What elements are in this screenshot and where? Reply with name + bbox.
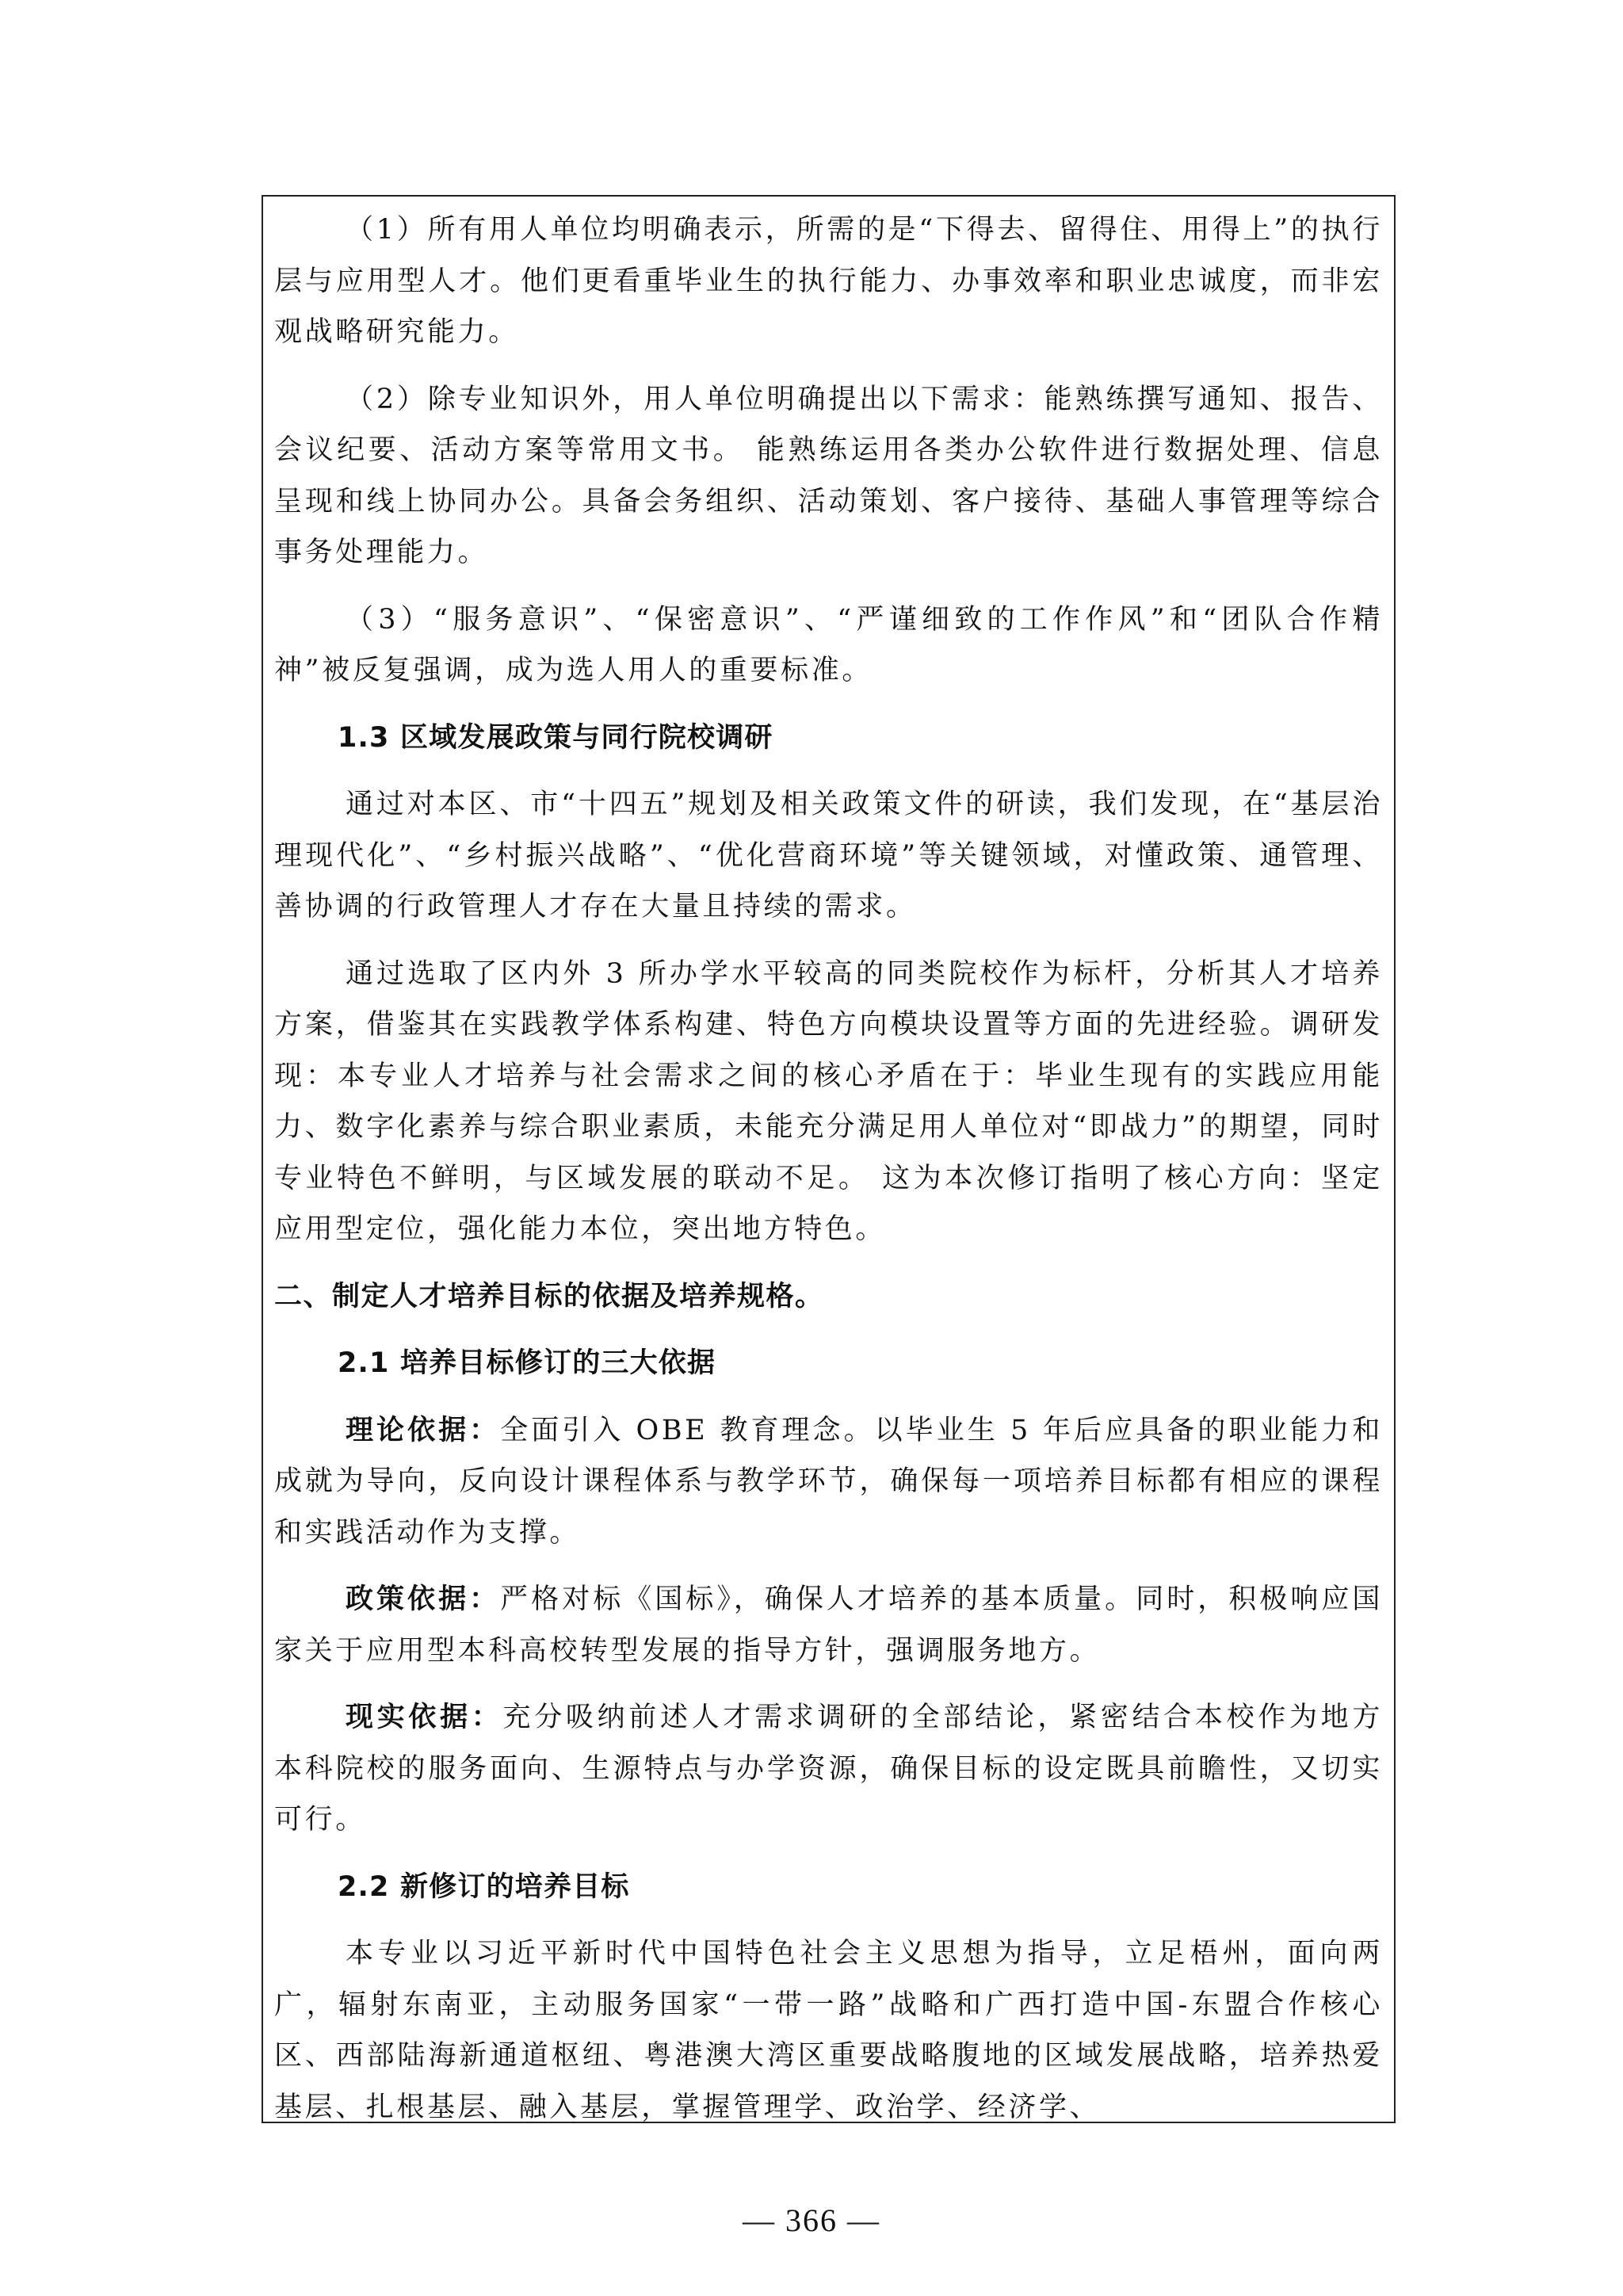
page-number: — 366 — — [0, 2202, 1623, 2239]
paragraph-peer-benchmark: 通过选取了区内外 3 所办学水平较高的同类院校作为标杆，分析其人才培养方案，借鉴… — [274, 949, 1383, 1255]
lead-label-theory: 理论依据： — [346, 1415, 500, 1446]
content-frame: （1）所有用人单位均明确表示，所需的是“下得去、留得住、用得上”的执行层与应用型… — [262, 195, 1396, 2123]
paragraph-employer-requirement-3: （3）“服务意识”、“保密意识”、“严谨细致的工作作风”和“团队合作精神”被反复… — [274, 594, 1383, 697]
section-heading-1-3: 1.3 区域发展政策与同行院校调研 — [274, 712, 1383, 764]
section-heading-2-1: 2.1 培养目标修订的三大依据 — [274, 1338, 1383, 1389]
paragraph-policy-basis: 政策依据：严格对标《国标》，确保人才培养的基本质量。同时，积极响应国家关于应用型… — [274, 1574, 1383, 1676]
section-heading-2-2: 2.2 新修订的培养目标 — [274, 1862, 1383, 1913]
paragraph-employer-requirement-1: （1）所有用人单位均明确表示，所需的是“下得去、留得住、用得上”的执行层与应用型… — [274, 204, 1383, 358]
paragraph-regional-policy: 通过对本区、市“十四五”规划及相关政策文件的研读，我们发现，在“基层治理现代化”… — [274, 779, 1383, 933]
paragraph-training-objective: 本专业以习近平新时代中国特色社会主义思想为指导，立足梧州，面向两广，辐射东南亚，… — [274, 1928, 1383, 2133]
paragraph-reality-basis: 现实依据：充分吸纳前述人才需求调研的全部结论，紧密结合本校作为地方本科院校的服务… — [274, 1692, 1383, 1846]
chapter-heading-2: 二、制定人才培养目标的依据及培养规格。 — [274, 1271, 1383, 1323]
lead-label-reality: 现实依据： — [346, 1702, 503, 1733]
paragraph-employer-requirement-2: （2）除专业知识外，用人单位明确提出以下需求：能熟练撰写通知、报告、会议纪要、活… — [274, 374, 1383, 579]
lead-label-policy: 政策依据： — [346, 1584, 500, 1615]
document-body: （1）所有用人单位均明确表示，所需的是“下得去、留得住、用得上”的执行层与应用型… — [274, 204, 1383, 2133]
paragraph-theory-basis: 理论依据：全面引入 OBE 教育理念。以毕业生 5 年后应具备的职业能力和成就为… — [274, 1405, 1383, 1559]
